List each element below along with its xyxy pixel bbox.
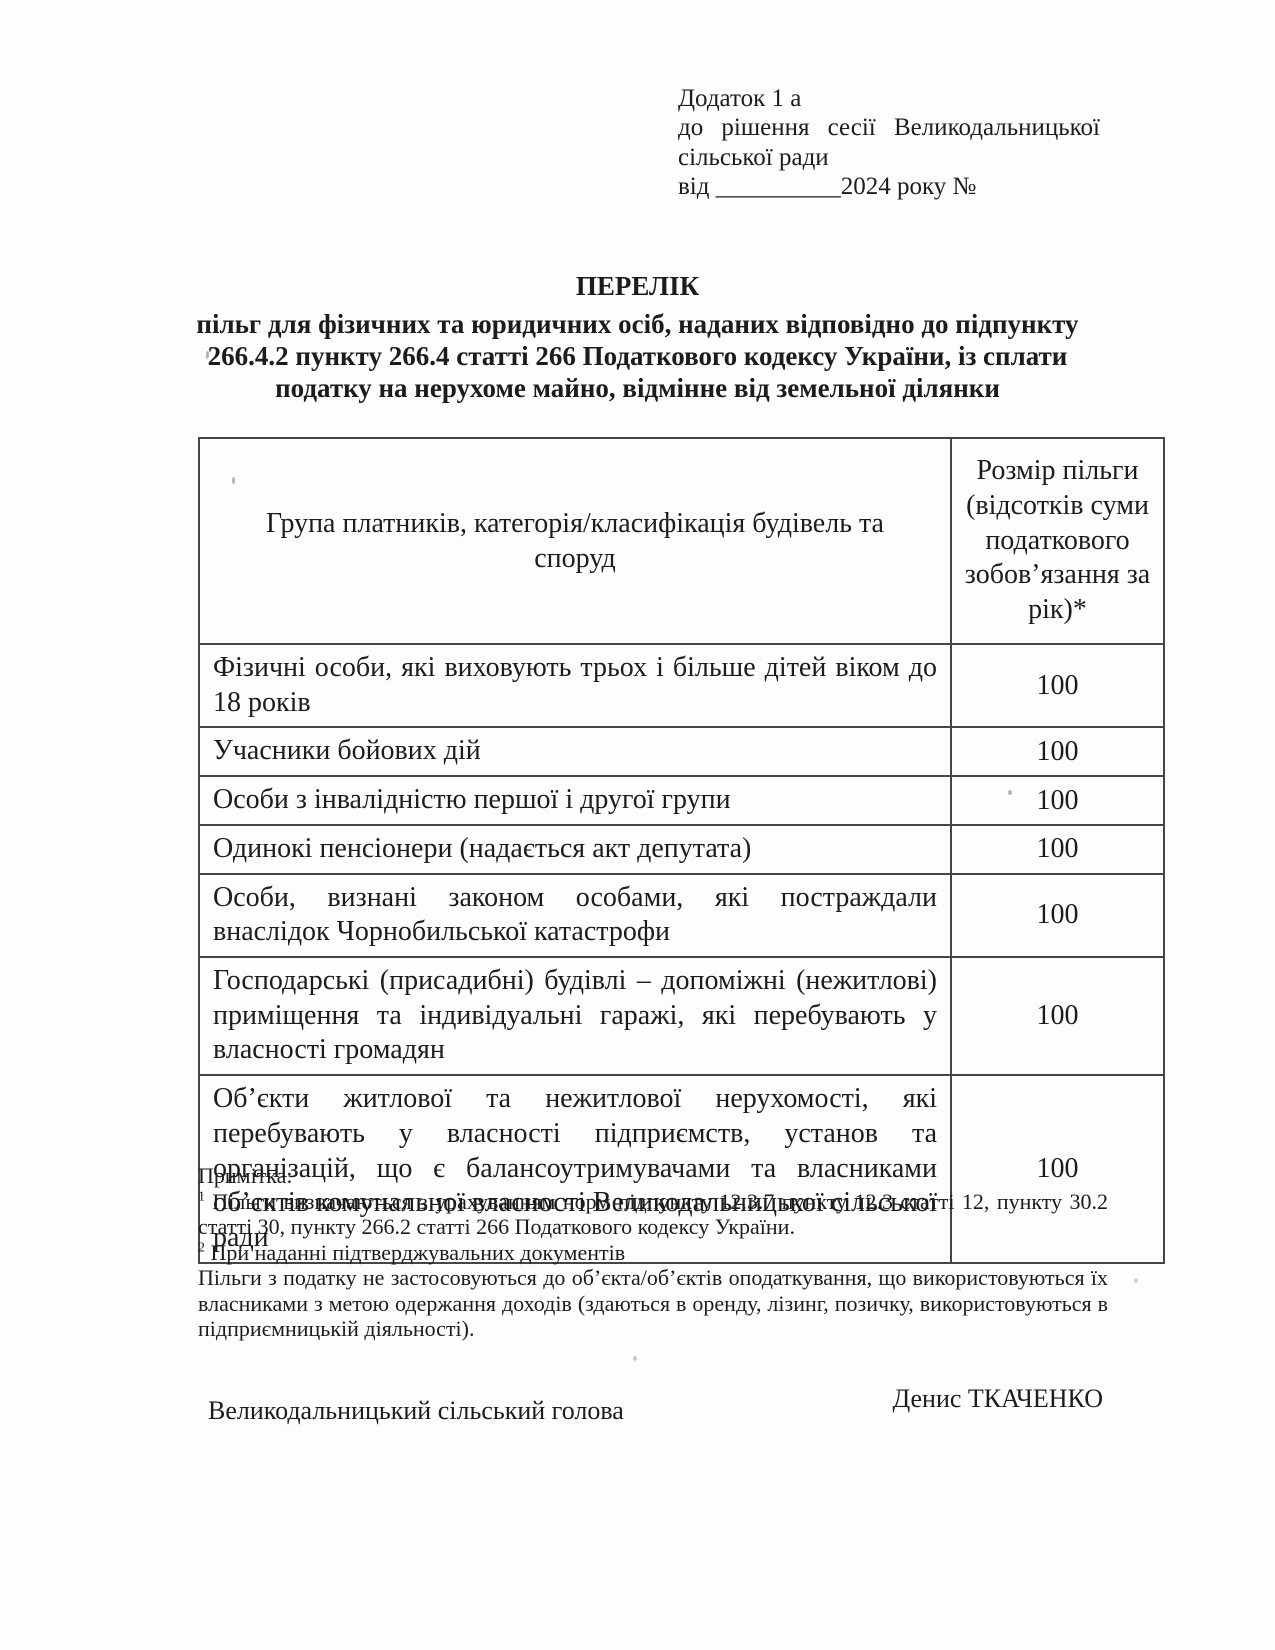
table-row: Господарські (присадибні) будівлі – допо… — [199, 957, 1164, 1075]
table-row: Особи, визнані законом особами, які пост… — [199, 874, 1164, 957]
signature-line: Великодальницький сільський голова Денис… — [208, 1396, 1103, 1426]
scan-speck — [1008, 790, 1012, 795]
benefits-table: Група платників, категорія/класифікація … — [198, 437, 1165, 1264]
document-title: ПЕРЕЛІК — [0, 271, 1275, 302]
payer-group-cell: Учасники бойових дій — [199, 727, 951, 776]
benefit-value-cell: 100 — [951, 776, 1164, 825]
payer-group-cell: Особи з інвалідністю першої і другої гру… — [199, 776, 951, 825]
note-1-text: Пільги визначаються з урахуванням норм п… — [198, 1189, 1108, 1240]
note-1-superscript: 1 — [198, 1189, 205, 1204]
scan-speck — [1134, 1278, 1138, 1283]
table-row: Фізичні особи, які виховують трьох і біл… — [199, 644, 1164, 727]
signatory-position: Великодальницький сільський голова — [208, 1396, 624, 1426]
payer-group-cell: Одинокі пенсіонери (надається акт депута… — [199, 825, 951, 874]
payer-group-cell: Фізичні особи, які виховують трьох і біл… — [199, 644, 951, 727]
appendix-line-4: від __________2024 року № — [678, 172, 1100, 201]
table-header-benefit-size: Розмір пільги (відсотків суми податковог… — [951, 438, 1164, 644]
notes-label: Примітка: — [198, 1163, 1108, 1189]
benefit-value-cell: 100 — [951, 727, 1164, 776]
benefit-value-cell: 100 — [951, 644, 1164, 727]
appendix-block: Додаток 1 а до рішення сесії Великодальн… — [678, 84, 1100, 201]
note-2: 2 При наданні підтверджувальних документ… — [198, 1240, 1108, 1266]
table-row: Одинокі пенсіонери (надається акт депута… — [199, 825, 1164, 874]
scan-speck — [232, 477, 235, 484]
appendix-line-3: сільської ради — [678, 143, 1100, 172]
document-subtitle: пільг для фізичних та юридичних осіб, на… — [0, 308, 1275, 404]
scan-speck — [633, 1356, 637, 1361]
notes-block: Примітка: 1 Пільги визначаються з урахув… — [198, 1163, 1108, 1342]
table-header-row: Група платників, категорія/класифікація … — [199, 438, 1164, 644]
table-row: Учасники бойових дій100 — [199, 727, 1164, 776]
appendix-line-2: до рішення сесії Великодальницької — [678, 113, 1100, 142]
signatory-name: Денис ТКАЧЕНКО — [892, 1384, 1103, 1414]
scan-speck — [206, 351, 209, 359]
appendix-line-1: Додаток 1 а — [678, 84, 1100, 113]
note-2-text: При наданні підтверджувальних документів — [205, 1240, 625, 1265]
note-2-superscript: 2 — [198, 1240, 205, 1255]
table-header-group: Група платників, категорія/класифікація … — [199, 438, 951, 644]
title-block: ПЕРЕЛІК пільг для фізичних та юридичних … — [0, 271, 1275, 404]
table-row: Особи з інвалідністю першої і другої гру… — [199, 776, 1164, 825]
note-1: 1 Пільги визначаються з урахуванням норм… — [198, 1189, 1108, 1240]
benefit-value-cell: 100 — [951, 957, 1164, 1075]
benefit-value-cell: 100 — [951, 874, 1164, 957]
payer-group-cell: Особи, визнані законом особами, які пост… — [199, 874, 951, 957]
note-3: Пільги з податку не застосовуються до об… — [198, 1265, 1108, 1342]
benefit-value-cell: 100 — [951, 825, 1164, 874]
payer-group-cell: Господарські (присадибні) будівлі – допо… — [199, 957, 951, 1075]
document-page: Додаток 1 а до рішення сесії Великодальн… — [0, 0, 1275, 1650]
